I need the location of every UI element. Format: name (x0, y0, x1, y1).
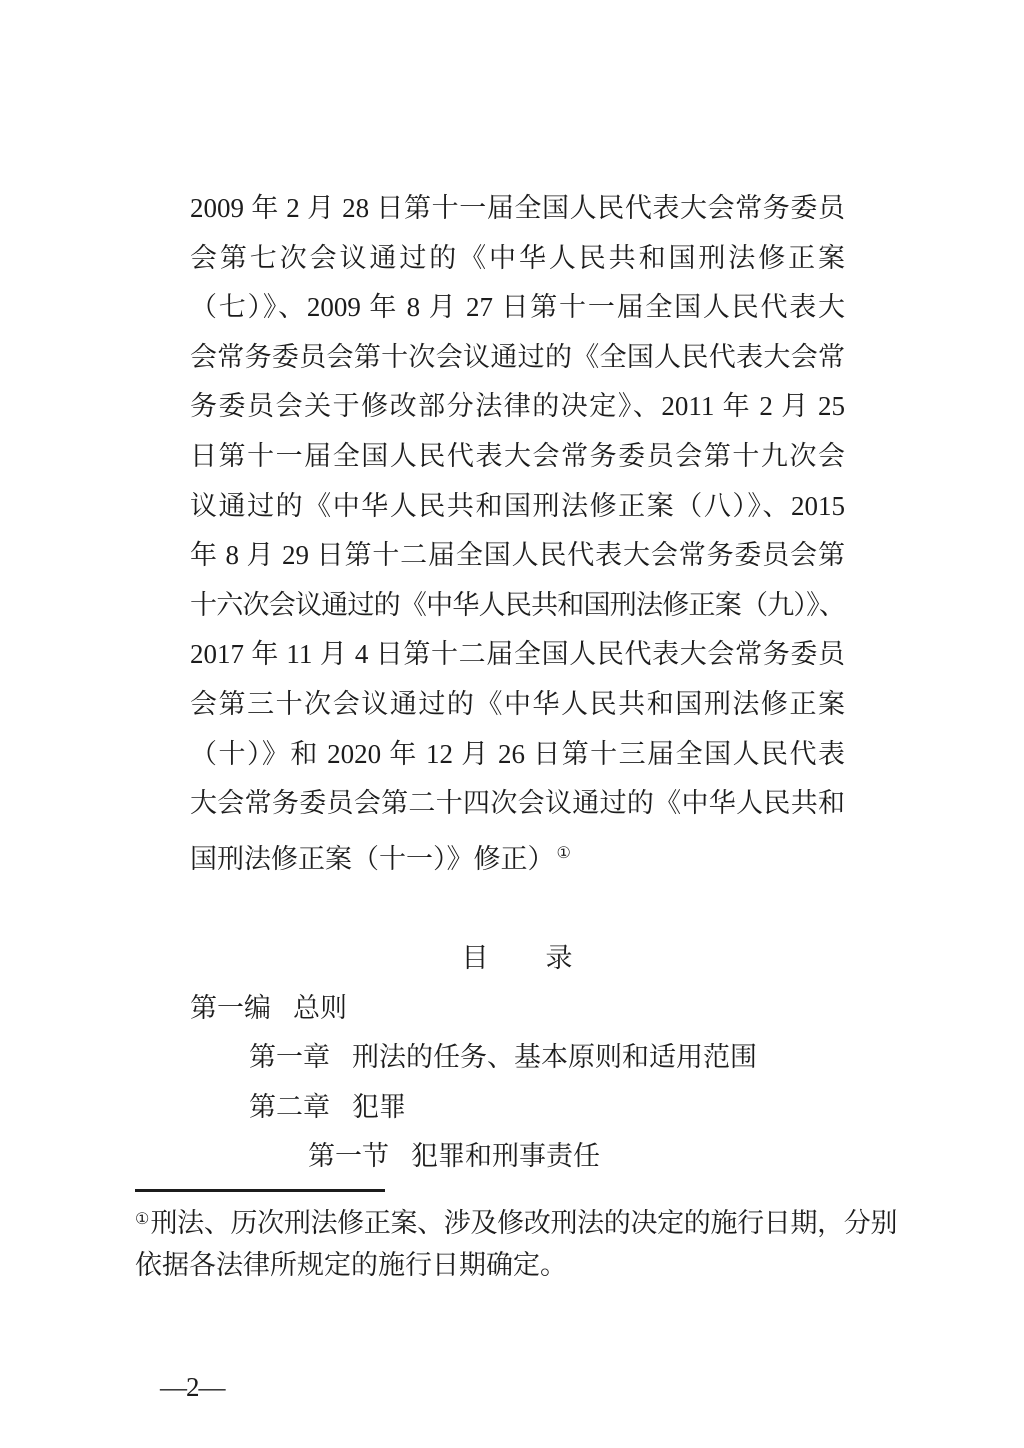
page-number: —2— (160, 1372, 225, 1403)
footnote-separator-rule (135, 1189, 385, 1192)
body-line: 会常务委员会第十次会议通过的《全国人民代表大会常 (190, 333, 845, 383)
blank-line (190, 884, 845, 934)
body-line: 会第三十次会议通过的《中华人民共和国刑法修正案 (190, 680, 845, 730)
body-line: 十六次会议通过的《中华人民共和国刑法修正案（九）》、 (190, 581, 845, 631)
body-line: 日第十一届全国人民代表大会常务委员会第十九次会 (190, 432, 845, 482)
toc-entry-title: 刑法的任务、基本原则和适用范围 (352, 1042, 757, 1072)
toc-entry: 第二章犯罪 (190, 1083, 845, 1133)
toc-entry-label: 第一章 (249, 1042, 330, 1072)
toc-entry: 第一编总则 (190, 984, 845, 1034)
toc-entry-label: 第一编 (190, 993, 271, 1023)
footnote-text: 刑法、历次刑法修正案、涉及修改刑法的决定的施行日期，分别 (150, 1208, 897, 1238)
footnote-line: ①刑法、历次刑法修正案、涉及修改刑法的决定的施行日期，分别 (135, 1199, 897, 1244)
body-line: 议通过的《中华人民共和国刑法修正案（八）》、2015 (190, 482, 845, 532)
body-line: 国刑法修正案（十一）》修正）① (190, 829, 845, 885)
body-line: 务委员会关于修改部分法律的决定》、2011 年 2 月 25 (190, 382, 845, 432)
toc-entry: 第一节犯罪和刑事责任 (190, 1132, 845, 1182)
toc-entry-label: 第一节 (308, 1141, 389, 1171)
toc-entry-title: 犯罪和刑事责任 (411, 1141, 600, 1171)
body-line: 2017 年 11 月 4 日第十二届全国人民代表大会常务委员 (190, 630, 845, 680)
footnote-line: 依据各法律所规定的施行日期确定。 (135, 1244, 897, 1286)
body-line-text: 国刑法修正案（十一）》修正） (190, 844, 555, 874)
footnote-section: ①刑法、历次刑法修正案、涉及修改刑法的决定的施行日期，分别 依据各法律所规定的施… (135, 1189, 897, 1286)
toc-entry: 第一章刑法的任务、基本原则和适用范围 (190, 1033, 845, 1083)
toc-entry-title: 犯罪 (352, 1092, 406, 1122)
table-of-contents: 目 录 第一编总则 第一章刑法的任务、基本原则和适用范围 第二章犯罪 第一节犯罪… (190, 934, 845, 1182)
body-line: 2009 年 2 月 28 日第十一届全国人民代表大会常务委员 (190, 184, 845, 234)
amendment-history-paragraph: 2009 年 2 月 28 日第十一届全国人民代表大会常务委员 会第七次会议通过… (190, 184, 845, 884)
content-column: 2009 年 2 月 28 日第十一届全国人民代表大会常务委员 会第七次会议通过… (190, 184, 845, 1182)
toc-title: 目 录 (190, 934, 845, 984)
body-line: （七）》、2009 年 8 月 27 日第十一届全国人民代表大 (190, 283, 845, 333)
toc-entry-title: 总则 (293, 993, 347, 1023)
body-line: 大会常务委员会第二十四次会议通过的《中华人民共和 (190, 779, 845, 829)
body-line: （十）》和 2020 年 12 月 26 日第十三届全国人民代表 (190, 730, 845, 780)
body-line: 年 8 月 29 日第十二届全国人民代表大会常务委员会第 (190, 531, 845, 581)
body-line: 会第七次会议通过的《中华人民共和国刑法修正案 (190, 234, 845, 284)
toc-entry-label: 第二章 (249, 1092, 330, 1122)
footnote-marker: ① (135, 1211, 150, 1228)
footnote-reference-marker: ① (555, 845, 571, 862)
document-page: 2009 年 2 月 28 日第十一届全国人民代表大会常务委员 会第七次会议通过… (0, 0, 1024, 1448)
